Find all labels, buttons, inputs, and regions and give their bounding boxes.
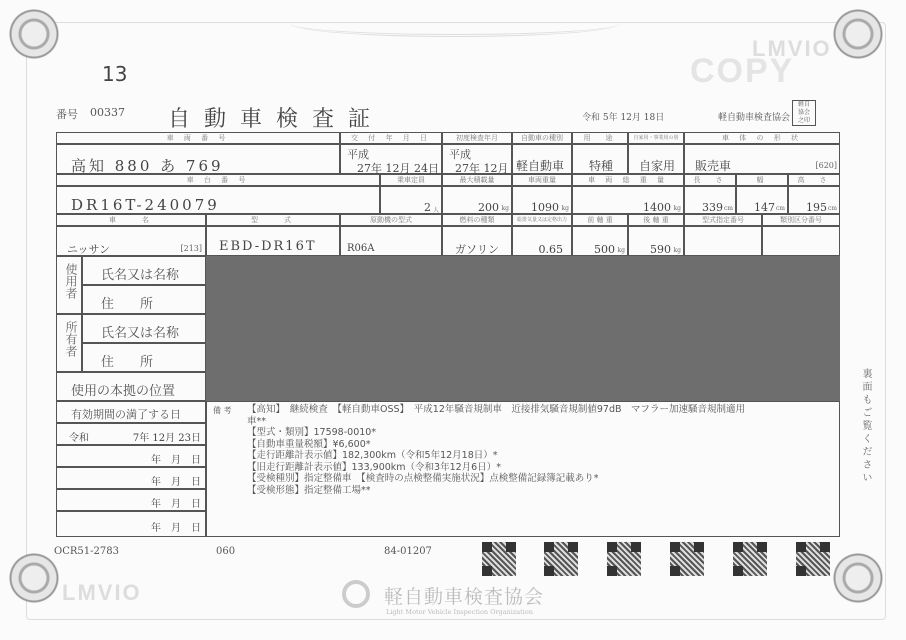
validity-blank-row: 年 月 日: [151, 473, 201, 488]
header-length: 長 さ: [684, 174, 736, 186]
qr-code-icon: [482, 542, 516, 576]
validity-blank-row: 年 月 日: [151, 519, 201, 534]
height-value: 195: [806, 201, 827, 214]
width-value: 147: [754, 201, 775, 214]
owner-name-label: 氏名又は名称: [101, 322, 179, 341]
validity-expiry-date: 7年 12月 23日: [133, 429, 201, 444]
footer-code-middle: 060: [216, 546, 235, 557]
organization-name: 軽自動車検査協会: [384, 582, 544, 609]
header-rear-axle: 後 軸 重: [628, 214, 684, 226]
engine-model-value: R06A: [347, 243, 374, 254]
header-gross-weight: 車 両 総 重 量: [572, 174, 684, 186]
body-shape-value: 販売車: [695, 157, 731, 174]
validity-blank-row: 年 月 日: [151, 451, 201, 466]
make-value: ニッサン: [67, 241, 110, 257]
header-fuel-type: 燃料の種類: [442, 214, 512, 226]
fuel-type-value: ガソリン: [455, 241, 499, 257]
redacted-owner-info: [206, 256, 840, 401]
serial-number: 00337: [90, 106, 125, 119]
watermark-logo-bottom: LMVIO: [62, 580, 142, 606]
notes-line: 【受検種別】指定整備車 【検査時の点検整備実施状況】点検整備記録簿記載あり*: [247, 473, 745, 485]
vehicle-inspection-certificate: LMVIO COPY LMVIO 13 番号 00337 自動車検査証 令和 5…: [0, 0, 906, 640]
model-value: EBD-DR16T: [219, 239, 317, 254]
header-usage: 用 途: [572, 132, 628, 144]
header-registration-number: 車 両 番 号: [56, 132, 340, 144]
side-note: 裏面もご覧ください: [858, 368, 873, 485]
vehicle-type-value: 軽自動車: [516, 157, 564, 174]
validity-blank-row: 年 月 日: [151, 495, 201, 510]
front-axle-unit: kg: [618, 247, 625, 254]
notes-line: 【受検形態】指定整備工場**: [247, 485, 745, 497]
private-business-value: 自家用: [639, 157, 675, 174]
rear-axle-unit: kg: [674, 247, 681, 254]
document-title: 自動車検査証: [168, 102, 384, 133]
footer-code-right: 84-01207: [384, 546, 432, 557]
owner-address-label: 住 所: [101, 351, 153, 370]
user-name-label: 氏名又は名称: [101, 264, 179, 283]
header-vehicle-type: 自動車の種別: [512, 132, 572, 144]
handwritten-note: 13: [102, 62, 127, 86]
qr-code-icon: [607, 542, 641, 576]
make-code: [213]: [180, 244, 202, 253]
height-unit: cm: [828, 205, 837, 212]
max-load-unit: kg: [502, 205, 509, 212]
notes-line: 【型式・類別】17598-0010*: [247, 427, 745, 439]
notes-line: 【自動車重量税額】¥6,600*: [247, 439, 745, 451]
watermark-copy: COPY: [690, 52, 794, 91]
issuer: 軽自動車検査協会: [718, 110, 790, 123]
qr-code-icon: [733, 542, 767, 576]
displacement-value: 0.65: [539, 243, 564, 256]
top-ornament: [290, 10, 620, 37]
ornament-corner-icon: [830, 6, 900, 76]
serial-label: 番号: [56, 106, 78, 122]
notes-line: 【旧走行距離計表示値】133,900km（令和3年12月6日）*: [247, 462, 745, 474]
header-displacement: 総排気量又は定格出力: [512, 214, 572, 226]
header-first-registration: 初度検査年月: [442, 132, 512, 144]
header-category-number: 類別区分番号: [762, 214, 840, 226]
notes-content: 【高知】 継続検査 【軽自動車OSS】 平成12年騒音規制車 近接排気騒音規制値…: [247, 404, 745, 496]
length-value: 339: [702, 201, 723, 214]
validity-era: 令和: [69, 429, 89, 444]
notes-line: 【走行距離計表示値】182,300km（令和5年12月18日）*: [247, 450, 745, 462]
header-front-axle: 前 軸 重: [572, 214, 628, 226]
gross-weight-value: 1400: [643, 201, 671, 214]
usage-value: 特種: [589, 157, 613, 174]
notes-line: 車**: [247, 416, 745, 428]
official-seal-icon: 軽自協会之印: [792, 100, 816, 126]
capacity-unit: 人: [433, 205, 439, 214]
width-unit: cm: [776, 205, 785, 212]
body-code: [620]: [815, 161, 837, 170]
ornament-corner-icon: [830, 550, 900, 620]
ornament-corner-icon: [6, 6, 76, 76]
validity-label: 有効期間の満了する日: [71, 406, 181, 422]
header-capacity: 乗車定員: [380, 174, 442, 186]
issue-date: 令和 5年 12月 18日: [582, 110, 664, 123]
qr-code-icon: [544, 542, 578, 576]
header-issue-date: 交 付 年 月 日: [340, 132, 442, 144]
qr-code-icon: [796, 542, 830, 576]
capacity-value: 2: [424, 201, 431, 214]
header-height: 高 さ: [788, 174, 840, 186]
header-width: 幅: [736, 174, 788, 186]
organization-name-en: Light Motor Vehicle Inspection Organizat…: [386, 608, 533, 616]
user-address-label: 住 所: [101, 293, 153, 312]
notes-label: 備 考: [213, 405, 232, 416]
category-number-value: [762, 226, 840, 256]
max-load-value: 200: [478, 201, 499, 214]
header-max-load: 最大積載量: [442, 174, 512, 186]
base-location-label: 使用の本拠の位置: [71, 380, 175, 399]
header-private-business: 自家用・事業用の別: [628, 132, 684, 144]
type-designation-value: [684, 226, 762, 256]
user-label: 使用者: [63, 263, 80, 299]
header-body-shape: 車 体 の 形 状: [684, 132, 840, 144]
header-model: 型 式: [206, 214, 340, 226]
header-chassis-number: 車 台 番 号: [56, 174, 380, 186]
chassis-number: DR16T-240079: [71, 196, 220, 214]
header-type-designation: 型式指定番号: [684, 214, 762, 226]
gross-weight-unit: kg: [674, 205, 681, 212]
length-unit: cm: [724, 205, 733, 212]
organization-logo-icon: [342, 580, 370, 608]
notes-line: 【高知】 継続検査 【軽自動車OSS】 平成12年騒音規制車 近接排気騒音規制値…: [247, 404, 745, 416]
qr-code-icon: [670, 542, 704, 576]
header-engine-model: 原動機の型式: [340, 214, 442, 226]
front-axle-value: 500: [594, 243, 615, 256]
header-make: 車 名: [56, 214, 206, 226]
vehicle-weight-value: 1090: [531, 201, 559, 214]
ocr-code: OCR51-2783: [54, 546, 119, 557]
rear-axle-value: 590: [650, 243, 671, 256]
header-vehicle-weight: 車両重量: [512, 174, 572, 186]
notes-box: 備 考 【高知】 継続検査 【軽自動車OSS】 平成12年騒音規制車 近接排気騒…: [206, 401, 840, 537]
registration-number: 高知 880 あ 769: [71, 155, 224, 176]
vehicle-weight-unit: kg: [562, 205, 569, 212]
owner-label: 所有者: [63, 321, 80, 357]
